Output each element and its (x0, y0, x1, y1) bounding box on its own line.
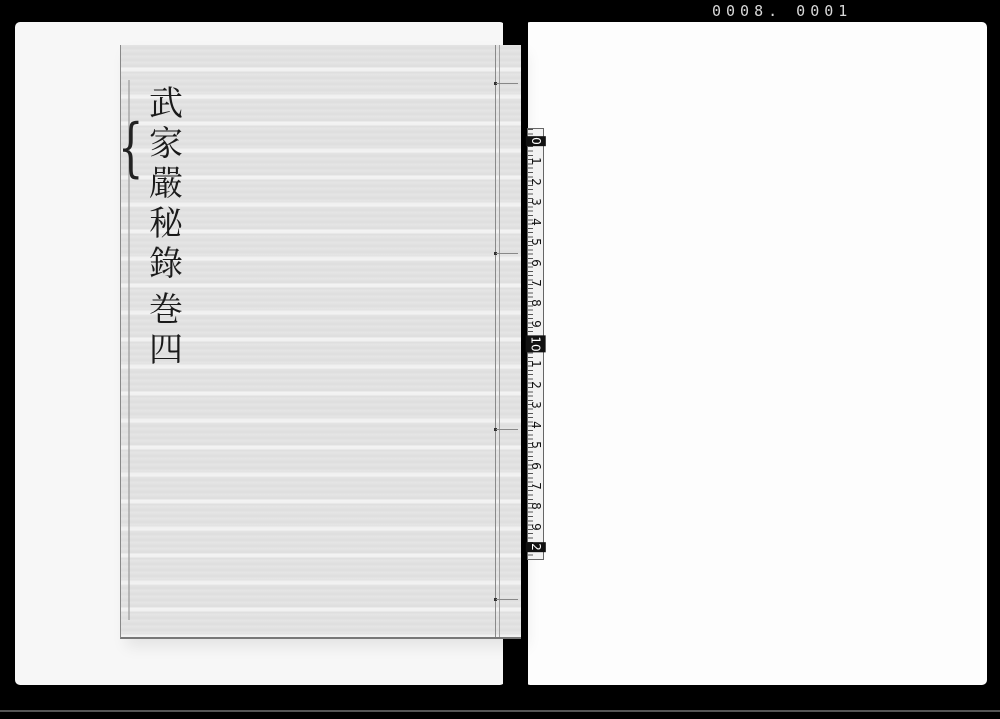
film-edge-line (0, 710, 1000, 712)
ruler-mark: 4 (525, 218, 545, 226)
measurement-ruler: 0 1 2 3 4 5 6 7 8 9 10 1 2 3 4 5 6 7 8 9… (527, 128, 544, 560)
ruler-mark: 1 (525, 157, 545, 165)
title-char: 錄 (142, 244, 190, 284)
ruler-mark: 2 (525, 381, 545, 389)
binding-thread-tick (496, 429, 518, 430)
ruler-mark: 3 (525, 198, 545, 206)
ruler-mark: 3 (525, 401, 545, 409)
volume-char: 巻 (142, 290, 190, 330)
ruler-mark: 2 (525, 178, 545, 186)
binding-thread-tick (496, 83, 518, 84)
ruler-mark: 9 (525, 523, 545, 531)
ruler-mark: 8 (525, 300, 545, 308)
book-title: 武 家 嚴 秘 錄 巻 四 (142, 84, 190, 370)
title-char: 秘 (142, 204, 190, 244)
binding-thread-tick (496, 599, 518, 600)
right-page-blank (525, 22, 987, 685)
ruler-mark: 9 (525, 320, 545, 328)
ruler-mark: 5 (525, 239, 545, 247)
binding-thread-line (495, 45, 496, 637)
title-char: 家 (142, 124, 190, 164)
title-char: 武 (142, 84, 190, 124)
ruler-mark: 6 (525, 259, 545, 267)
ruler-mark: 8 (525, 503, 545, 511)
volume-char: 四 (142, 330, 190, 370)
ruler-mark: 0 (525, 136, 545, 146)
ruler-mark: 4 (525, 421, 545, 429)
ruler-mark: 2 (525, 542, 545, 552)
ruler-mark: 10 (526, 335, 546, 352)
brace-mark: { (118, 111, 143, 185)
binding-thread-tick (496, 253, 518, 254)
ruler-mark: 6 (525, 462, 545, 470)
binding-thread-line-outer (499, 45, 500, 637)
ruler-mark: 5 (525, 442, 545, 450)
title-char: 嚴 (142, 164, 190, 204)
frame-number: 0008. 0001 (712, 2, 852, 20)
ruler-mark: 1 (525, 360, 545, 368)
ruler-mark: 7 (525, 482, 545, 490)
ruler-mark: 7 (525, 279, 545, 287)
